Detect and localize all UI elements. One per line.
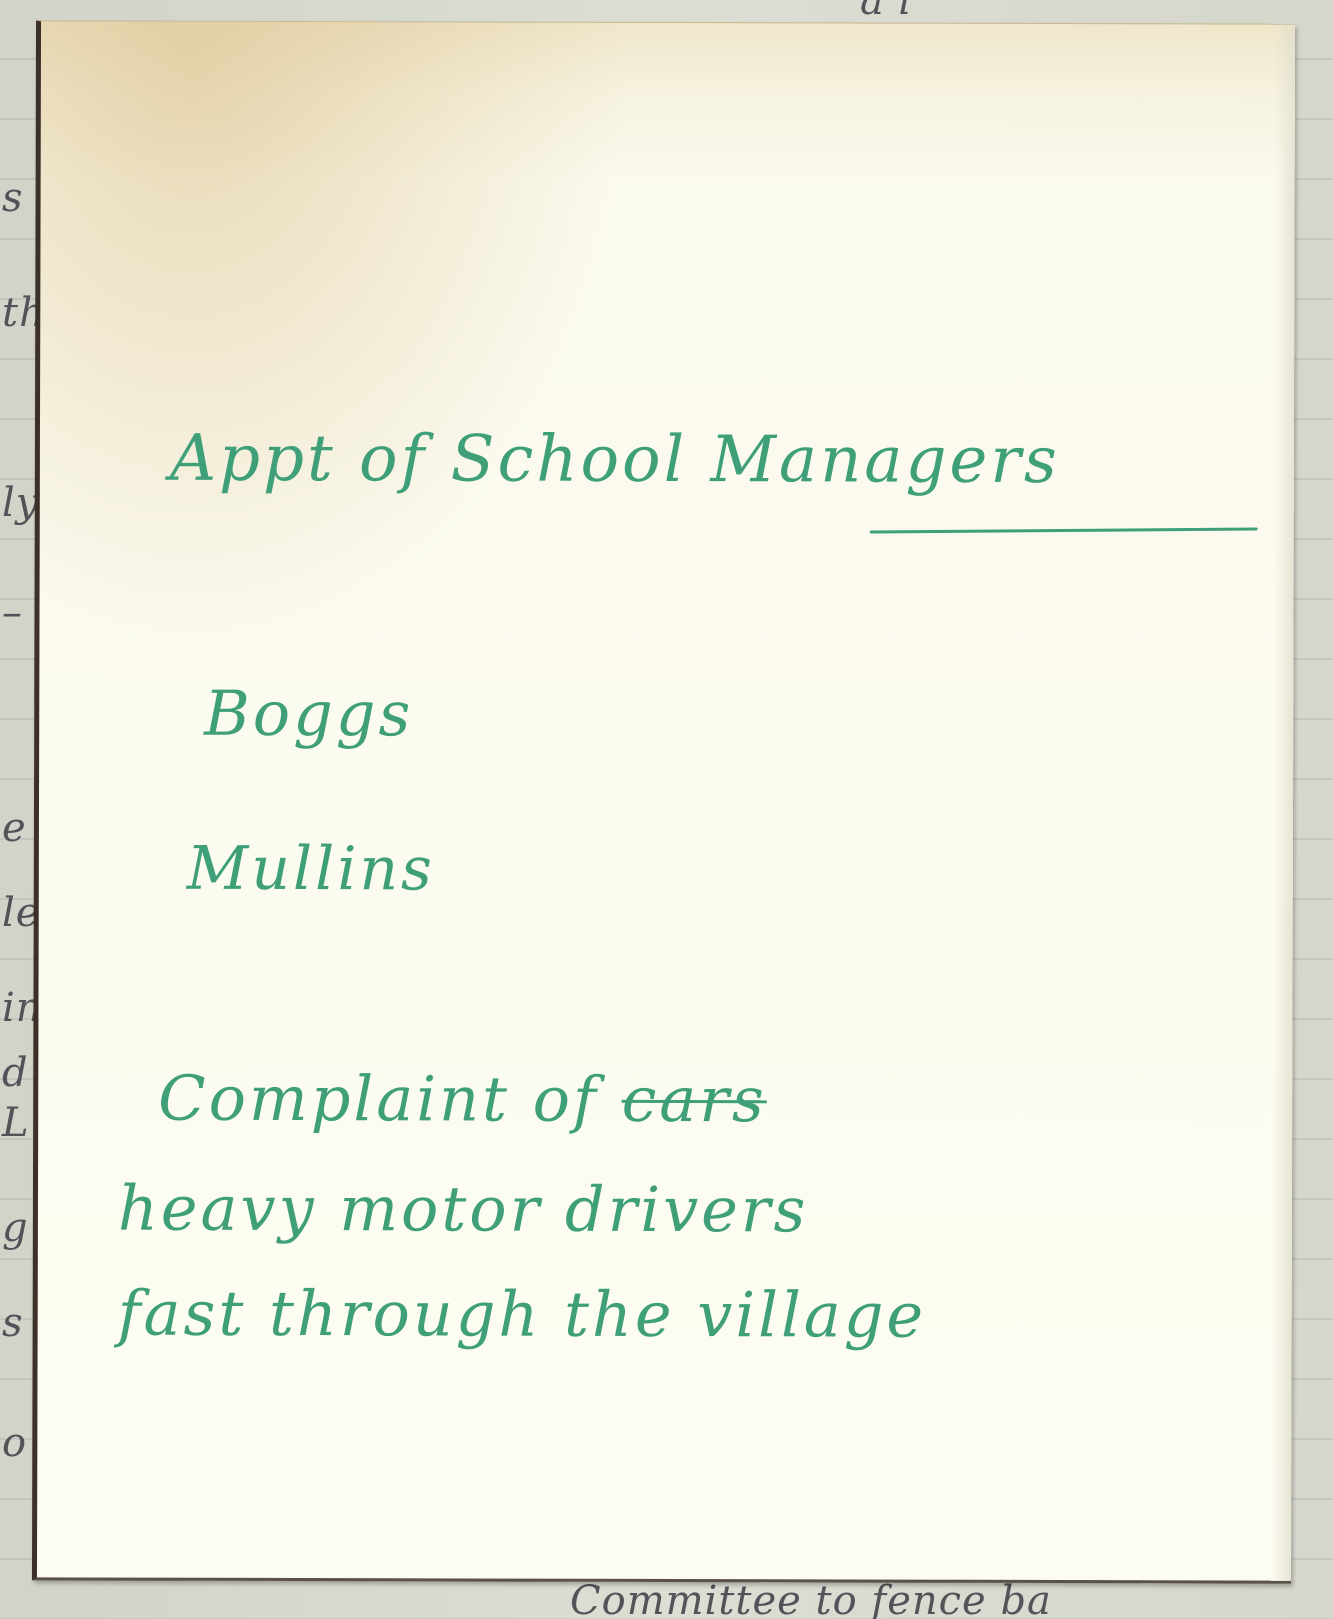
complaint-line-2: heavy motor drivers (118, 1172, 809, 1247)
background-ink-margin-fragment: g (2, 1205, 29, 1251)
note-heading: Appt of School Managers (170, 422, 1060, 498)
background-ink-top-fragment: a l (860, 0, 912, 24)
manager-name: Mullins (187, 834, 435, 905)
complaint-prefix: Complaint of (158, 1062, 599, 1136)
complaint-line-3: fast through the village (118, 1277, 927, 1352)
struck-out-word: cars (622, 1063, 767, 1136)
heading-underline (870, 528, 1258, 534)
complaint-line-1: Complaint of cars (158, 1062, 767, 1137)
manager-name: Boggs (204, 677, 413, 751)
background-ink-margin-fragment: s (2, 1300, 24, 1346)
background-ink-margin-fragment: d (2, 1050, 29, 1096)
background-ink-margin-fragment: o (2, 1420, 27, 1466)
background-ink-margin-fragment: L (2, 1100, 30, 1146)
background-ink-margin-fragment: e (2, 805, 27, 851)
background-ink-margin-fragment: s (2, 175, 24, 221)
background-ink-margin-fragment: – (2, 590, 23, 636)
handwritten-note-card: Appt of School Managers Boggs Mullins Co… (32, 20, 1295, 1583)
background-ink-bottom-fragment: Committee to fence ba (570, 1578, 1052, 1619)
